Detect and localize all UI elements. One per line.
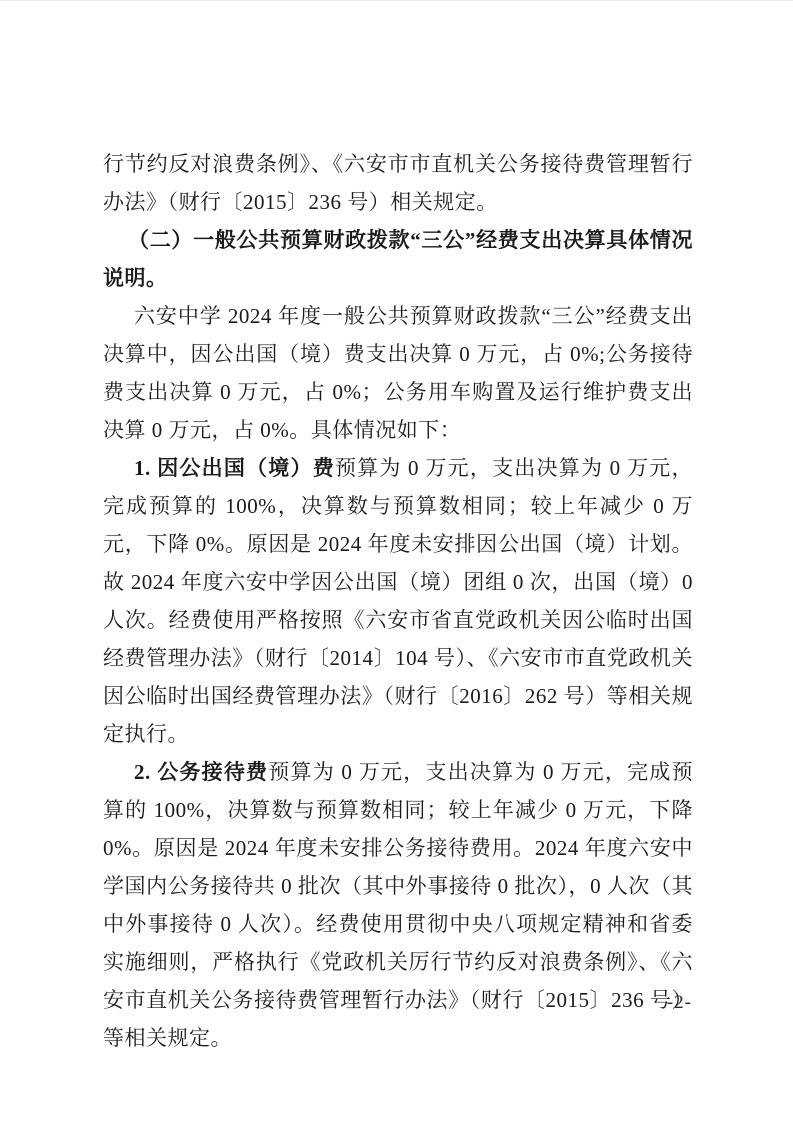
- item-2-body: 预算为 0 万元，支出决算为 0 万元，完成预算的 100%，决算数与预算数相同…: [103, 760, 693, 1050]
- page-number: -2-: [667, 991, 692, 1015]
- paragraph-item-1: 1. 因公出国（境）费预算为 0 万元，支出决算为 0 万元，完成预算的 100…: [103, 449, 693, 753]
- item-1-body: 预算为 0 万元，支出决算为 0 万元，完成预算的 100%，决算数与预算数相同…: [103, 456, 693, 746]
- item-2-title: 2. 公务接待费: [134, 760, 268, 784]
- paragraph-overview: 六安中学 2024 年度一般公共预算财政拨款“三公”经费支出决算中，因公出国（境…: [103, 297, 693, 449]
- section-2-heading: （二）一般公共预算财政拨款“三公”经费支出决算具体情况说明。: [103, 221, 693, 297]
- item-1-title: 1. 因公出国（境）费: [134, 456, 335, 480]
- paragraph-continuation: 行节约反对浪费条例》、《六安市市直机关公务接待费管理暂行办法》（财行〔2015〕…: [103, 145, 693, 221]
- paragraph-item-2: 2. 公务接待费预算为 0 万元，支出决算为 0 万元，完成预算的 100%，决…: [103, 753, 693, 1057]
- document-body: 行节约反对浪费条例》、《六安市市直机关公务接待费管理暂行办法》（财行〔2015〕…: [103, 145, 693, 1057]
- document-page: 行节约反对浪费条例》、《六安市市直机关公务接待费管理暂行办法》（财行〔2015〕…: [0, 0, 793, 1122]
